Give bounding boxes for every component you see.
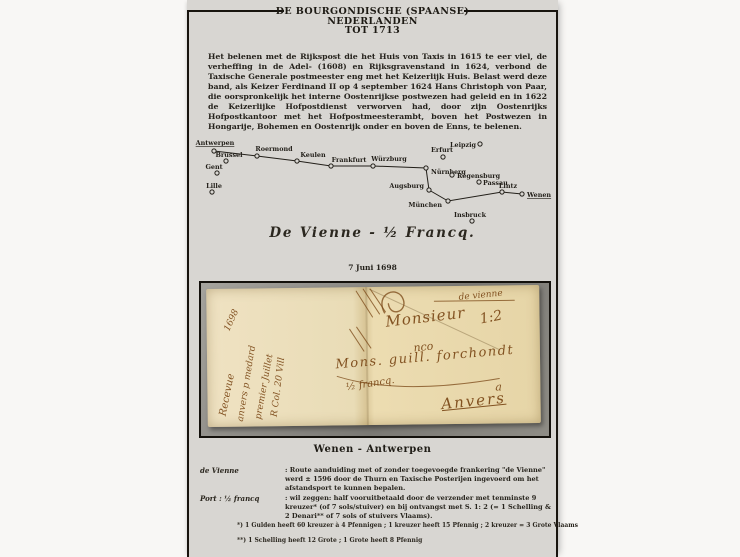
city-label: Wenen — [526, 191, 551, 199]
page-frame-right — [556, 10, 558, 557]
map-city-gent: Gent — [205, 163, 222, 175]
city-label: Brussel — [215, 151, 243, 159]
ink-hatch-top — [356, 289, 385, 317]
city-marker — [215, 171, 219, 175]
map-city-augsburg: Augsburg — [388, 182, 431, 192]
footnote-2: **) 1 Schelling heeft 12 Grote ; 1 Grote… — [237, 537, 422, 544]
city-marker — [500, 190, 504, 194]
city-marker — [371, 164, 375, 168]
title-line-3: TOT 1713 — [187, 26, 558, 36]
city-label: Augsburg — [388, 182, 424, 190]
route-caption: De Vienne - ½ Francq. — [187, 225, 558, 241]
city-marker — [477, 180, 481, 184]
intro-paragraph: Het belenen met de Rijkspost die het Hui… — [208, 52, 547, 132]
city-marker — [210, 190, 214, 194]
map-city-leipzig: Leipzig — [450, 141, 482, 149]
city-marker — [441, 155, 445, 159]
city-label: Lintz — [499, 182, 518, 190]
page-title: DE BOURGONDISCHE (SPAANSE) NEDERLANDEN T… — [187, 7, 558, 36]
letter-photo-frame: 1698Recevueanvers p medardpremier Juille… — [199, 281, 551, 438]
city-label: Antwerpen — [195, 139, 235, 147]
city-label: Würzburg — [370, 155, 407, 163]
city-marker — [478, 142, 482, 146]
city-label: Insbruck — [454, 211, 487, 219]
glossary-definition: : Route aanduiding met of zonder toegevo… — [285, 466, 553, 492]
glossary-definition: : wil zeggen: half vooruitbetaald door d… — [285, 494, 553, 520]
city-label: Leipzig — [450, 141, 477, 149]
page-frame-left — [187, 10, 189, 557]
city-marker — [295, 159, 299, 163]
city-marker — [424, 166, 428, 170]
album-page: DE BOURGONDISCHE (SPAANSE) NEDERLANDEN T… — [187, 0, 558, 557]
letter-caption: Wenen - Antwerpen — [187, 444, 558, 455]
city-label: Frankfurt — [332, 156, 367, 164]
footnote-1: *) 1 Gulden heeft 60 kreuzer à 4 Pfennig… — [237, 522, 578, 529]
map-city-insbruck: Insbruck — [454, 211, 487, 223]
postal-route-map: AntwerpenBrusselGentLilleRoermondKeulenF… — [190, 136, 560, 231]
photo-of-album-page: DE BOURGONDISCHE (SPAANSE) NEDERLANDEN T… — [0, 0, 740, 557]
city-label: Gent — [205, 163, 222, 171]
map-city-m-nchen: München — [408, 199, 450, 209]
glossary-term: de Vienne — [200, 466, 282, 475]
city-marker — [255, 154, 259, 158]
letter-date: 7 Juni 1698 — [187, 263, 558, 272]
folded-letter: 1698Recevueanvers p medardpremier Juille… — [206, 285, 541, 427]
city-marker — [470, 219, 474, 223]
city-label: Keulen — [300, 151, 326, 159]
ink-paraph-loop — [382, 292, 404, 313]
city-marker — [224, 159, 228, 163]
city-marker — [329, 164, 333, 168]
map-city-wenen: Wenen — [520, 191, 552, 199]
city-marker — [427, 188, 431, 192]
city-label: Roermond — [255, 145, 293, 153]
map-city-keulen: Keulen — [295, 151, 326, 163]
map-city-lille: Lille — [206, 182, 222, 194]
city-marker — [446, 199, 450, 203]
city-marker — [450, 173, 454, 177]
map-city-brussel: Brussel — [215, 151, 243, 163]
glossary-term: Port : ½ francq — [200, 494, 282, 503]
city-marker — [520, 192, 524, 196]
city-label: Lille — [206, 182, 222, 190]
city-label: München — [408, 201, 442, 209]
